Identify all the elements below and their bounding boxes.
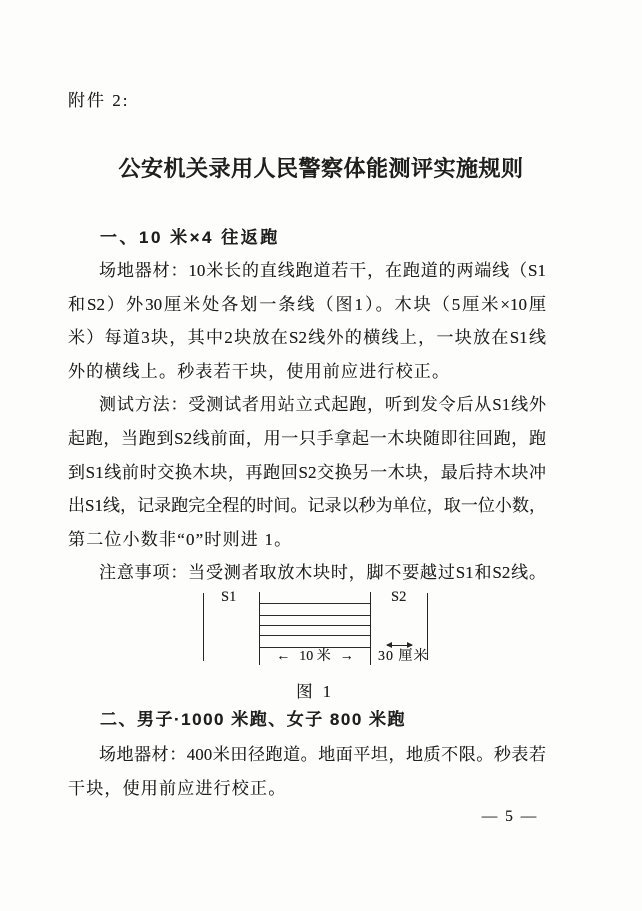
lane-line [260,615,370,616]
text-line: 干块，使用前应进行校正。 [68,772,546,806]
text-line: 出S1线，记录跑完全程的时间。记录以秒为单位，取一位小数， [68,489,546,523]
text-line: 第二位小数非“0”时则进 1。 [68,523,546,557]
outer-line-left [203,593,204,661]
text-line: 米）每道3块，其中2块放在S2线外的横线上，一块放在S1线 [68,321,546,355]
right-arrow-icon: → [340,648,354,666]
text-line: 和S2）外30厘米处各划一条线（图1）。木块（5厘米×10厘 [68,288,546,322]
text-line: 测试方法：受测试者用站立式起跑，听到发令后从S1线外 [68,388,546,422]
left-arrow-icon: ← [276,648,290,666]
track-length-label: ← 10 米 → [260,648,370,666]
document-title: 公安机关录用人民警察体能测评实施规则 [0,152,642,183]
section2-body: 场地器材：400米田径跑道。地面平坦，地质不限。秒表若 干块，使用前应进行校正。 [68,738,546,805]
section2-heading: 二、男子·1000 米跑、女子 800 米跑 [100,710,406,730]
lane-line [260,625,370,626]
s1-label: S1 [221,589,236,605]
text-line: 起跑，当跑到S2线前面，用一只手拿起一木块随即往回跑，跑 [68,422,546,456]
text-line: 场地器材：10米长的直线跑道若干，在跑道的两端线（S1 [68,254,546,288]
outer-line-right [427,593,428,660]
text-line: 注意事项：当受测者取放木块时，脚不要越过S1和S2线。 [68,556,546,590]
s2-label: S2 [391,589,406,605]
text-line: 场地器材：400米田径跑道。地面平坦，地质不限。秒表若 [68,738,546,772]
lane-line [260,603,370,604]
gap-label: 30 厘米 [378,649,429,665]
section1-heading: 一、10 米×4 往返跑 [100,228,280,248]
figure-caption: 图 1 [259,678,371,702]
length-text: 10 米 [299,648,331,666]
attachment-label: 附件 2: [68,86,129,111]
running-track: ← 10 米 → [259,592,371,665]
page-number: — 5 — [455,808,565,826]
double-arrow-icon [387,645,412,646]
text-line: 外的横线上。秒表若干块，使用前应进行校正。 [68,355,546,389]
text-line: 到S1线前时交换木块，再跑回S2交换另一木块，最后持木块冲 [68,456,546,490]
document-page: 附件 2: 公安机关录用人民警察体能测评实施规则 一、10 米×4 往返跑 场地… [0,0,642,911]
lane-line [260,635,370,636]
section1-body: 场地器材：10米长的直线跑道若干，在跑道的两端线（S1 和S2）外30厘米处各划… [68,254,546,590]
